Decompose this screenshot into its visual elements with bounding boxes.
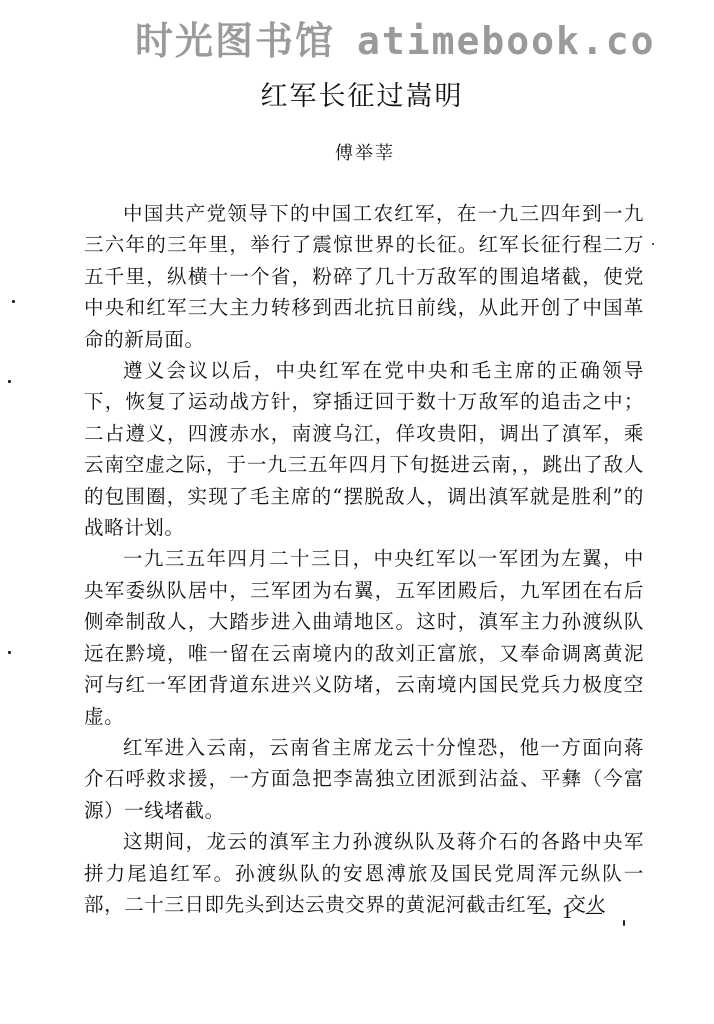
- scan-speck: [8, 651, 11, 654]
- paragraph-1: 中国共产党领导下的中国工农红军，在一九三四年到一九三六年的三年里，举行了震惊世界…: [84, 198, 644, 355]
- paragraph-4: 红军进入云南，云南省主席龙云十分惶恐，他一方面向蒋介石呼救求援，一方面急把李嵩独…: [84, 732, 644, 826]
- page-number: — 1 —: [532, 902, 606, 923]
- paragraph-2: 遵义会议以后，中央红军在党中央和毛主席的正确领导下，恢复了运动战方针，穿插迂回于…: [84, 355, 644, 543]
- scan-speck: [623, 920, 625, 926]
- scan-speck: [8, 380, 11, 383]
- article-title: 红军长征过嵩明: [0, 74, 714, 113]
- scan-speck: [12, 300, 15, 303]
- article-body: 中国共产党领导下的中国工农红军，在一九三四年到一九三六年的三年里，举行了震惊世界…: [84, 198, 644, 920]
- article-author: 傅举莘: [0, 139, 714, 165]
- watermark-cn: 时光图书馆: [135, 19, 335, 63]
- watermark: 时光图书馆atimebook.co: [135, 10, 656, 65]
- scan-speck: [652, 243, 654, 245]
- watermark-en: atimebook.co: [357, 19, 656, 63]
- paragraph-3: 一九三五年四月二十三日，中央红军以一军团为左翼，中央军委纵队居中，三军团为右翼，…: [84, 543, 644, 731]
